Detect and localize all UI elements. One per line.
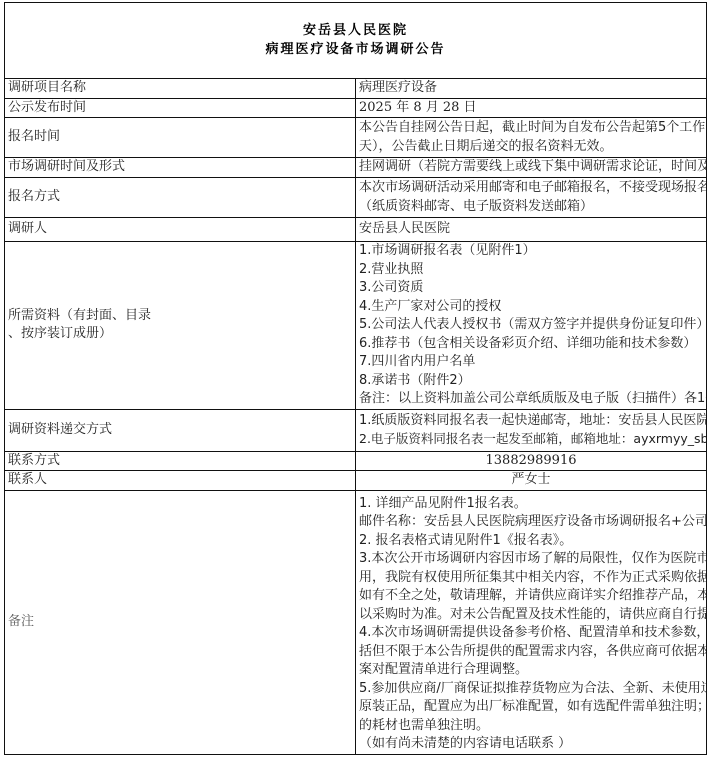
registration-method-value: 本次市场调研活动采用邮寄和电子邮箱报名，不接受现场报名。 （纸质资料邮寄、电子版…: [356, 178, 707, 218]
publish-time-value: 2025 年 8 月 28 日: [356, 98, 707, 118]
remarks-line: 3.本次公开市场调研内容因市场了解的局限性，仅作为医院市场调研参考使: [359, 550, 703, 569]
notice-heading: 病理医疗设备市场调研公告: [8, 41, 703, 60]
remarks-value: 1. 详细产品见附件1报名表。 邮件名称：安岳县人民医院病理医疗设备市场调研报名…: [356, 490, 707, 754]
remarks-line: （如有尚未清楚的内容请电话联系 ）: [359, 735, 703, 754]
registration-method-line: 本次市场调研活动采用邮寄和电子邮箱报名，不接受现场报名。: [359, 179, 703, 198]
list-item: 1.市场调研报名表（见附件1）: [359, 242, 703, 261]
required-materials-label: 所需资料（有封面、目录 、按序装订成册）: [5, 242, 356, 410]
list-item: 3.公司资质: [359, 279, 703, 298]
materials-note: 备注：以上资料加盖公司公章纸质版及电子版（扫描件）各1份。: [359, 390, 703, 409]
remarks-line: 以采购时为准。对未公告配置及技术性能的，请供应商自行提供。: [359, 606, 703, 625]
contact-person-value: 严女士: [356, 471, 707, 491]
remarks-line: 5.参加供应商/厂商保证拟推荐货物应为合法、全新、未使用过、非淘汰过时的: [359, 680, 703, 699]
contact-person-label: 联系人: [5, 471, 356, 491]
remarks-line: 原装正品，配置应为出厂标准配置，如有选配件需单独注明；如需使用单一来源: [359, 698, 703, 717]
row-contact-method: 联系方式 13882989916: [5, 451, 707, 471]
registration-time-label: 报名时间: [5, 118, 356, 158]
contact-method-label: 联系方式: [5, 451, 356, 471]
submission-method-value: 1.纸质版资料同报名表一起快递邮寄，地址：安岳县人民医院设备科 2.电子版资料同…: [356, 409, 707, 451]
row-required-materials: 所需资料（有封面、目录 、按序装订成册） 1.市场调研报名表（见附件1） 2.营…: [5, 242, 707, 410]
row-registration-time: 报名时间 本公告自挂网公告日起，截止时间为自发布公告起第5个工作日（包含发布当 …: [5, 118, 707, 158]
list-item: 4.生产厂家对公司的授权: [359, 298, 703, 317]
registration-time-value: 本公告自挂网公告日起，截止时间为自发布公告起第5个工作日（包含发布当 天），公告…: [356, 118, 707, 158]
list-item: 8.承诺书（附件2）: [359, 372, 703, 391]
researcher-label: 调研人: [5, 218, 356, 242]
row-contact-person: 联系人 严女士: [5, 471, 707, 491]
research-time-form-label: 市场调研时间及形式: [5, 158, 356, 178]
row-publish-time: 公示发布时间 2025 年 8 月 28 日: [5, 98, 707, 118]
row-researcher: 调研人 安岳县人民医院: [5, 218, 707, 242]
row-registration-method: 报名方式 本次市场调研活动采用邮寄和电子邮箱报名，不接受现场报名。 （纸质资料邮…: [5, 178, 707, 218]
required-materials-list: 1.市场调研报名表（见附件1） 2.营业执照 3.公司资质 4.生产厂家对公司的…: [356, 242, 707, 410]
list-item: 5.公司法人代表人授权书（需双方签字并提供身份证复印件）: [359, 316, 703, 335]
remarks-line: 如有不全之处，敬请理解，并请供应商详实介绍推荐产品，本设备最终技术参数: [359, 587, 703, 606]
remarks-line: 1. 详细产品见附件1报名表。: [359, 495, 703, 514]
row-submission-method: 调研资料递交方式 1.纸质版资料同报名表一起快递邮寄，地址：安岳县人民医院设备科…: [5, 409, 707, 451]
row-research-time-form: 市场调研时间及形式 挂网调研（若院方需要线上或线下集中调研需求论证，时间及地点会…: [5, 158, 707, 178]
submission-email-line: 2.电子版资料同报名表一起发至邮箱，邮箱地址：ayxrmyy_sbk@163.c…: [359, 430, 703, 449]
row-project-name: 调研项目名称 病理医疗设备: [5, 79, 707, 99]
submission-method-line: 1.纸质版资料同报名表一起快递邮寄，地址：安岳县人民医院设备科: [359, 412, 703, 431]
remarks-line: 括但不限于本公告所提供的配置需求内容，各供应商可依据本公司提供的具体方: [359, 643, 703, 662]
submission-method-label: 调研资料递交方式: [5, 409, 356, 451]
required-materials-label-line: 、按序装订成册）: [8, 325, 352, 344]
publish-time-label: 公示发布时间: [5, 98, 356, 118]
contact-phone: 13882989916: [356, 451, 707, 471]
title-row: 安岳县人民医院 病理医疗设备市场调研公告: [5, 3, 707, 79]
registration-time-line: 天），公告截止日期后递交的报名资料无效。: [359, 138, 703, 157]
registration-time-line: 本公告自挂网公告日起，截止时间为自发布公告起第5个工作日（包含发布当: [359, 119, 703, 138]
project-name-value: 病理医疗设备: [356, 79, 707, 99]
notice-title: 安岳县人民医院 病理医疗设备市场调研公告: [5, 3, 707, 79]
research-time-form-text: 挂网调研（若院方需要线上或线下集中调研需求论证，时间及地点会另行通知）: [359, 158, 703, 177]
remarks-line: 4.本次市场调研需提供设备参考价格、配置清单和技术参数，配置清单范围包: [359, 624, 703, 643]
remarks-line: 2. 报名表格式请见附件1《报名表》。: [359, 532, 703, 551]
registration-method-label: 报名方式: [5, 178, 356, 218]
registration-method-line: （纸质资料邮寄、电子版资料发送邮箱）: [359, 198, 703, 217]
list-item: 6.推荐书（包含相关设备彩页介绍、详细功能和技术参数）: [359, 335, 703, 354]
list-item: 2.营业执照: [359, 261, 703, 280]
row-remarks: 备注 1. 详细产品见附件1报名表。 邮件名称：安岳县人民医院病理医疗设备市场调…: [5, 490, 707, 754]
list-item: 7.四川省内用户名单: [359, 353, 703, 372]
research-time-form-value: 挂网调研（若院方需要线上或线下集中调研需求论证，时间及地点会另行通知）: [356, 158, 707, 178]
notice-document: 安岳县人民医院 病理医疗设备市场调研公告 调研项目名称 病理医疗设备 公示发布时…: [4, 2, 707, 755]
remarks-line: 用，我院有权使用所征集其中相关内容，不作为正式采购依据，无任何针对性，: [359, 569, 703, 588]
researcher-value: 安岳县人民医院: [356, 218, 707, 242]
remarks-label: 备注: [5, 490, 356, 754]
notice-table: 安岳县人民医院 病理医疗设备市场调研公告 调研项目名称 病理医疗设备 公示发布时…: [4, 2, 707, 755]
required-materials-label-line: 所需资料（有封面、目录: [8, 307, 352, 326]
remarks-line: 邮件名称：安岳县人民医院病理医疗设备市场调研报名+公司名称: [359, 513, 703, 532]
hospital-name: 安岳县人民医院: [8, 22, 703, 41]
remarks-line: 的耗材也需单独注明。: [359, 717, 703, 736]
project-name-label: 调研项目名称: [5, 79, 356, 99]
remarks-line: 案对配置清单进行合理调整。: [359, 661, 703, 680]
